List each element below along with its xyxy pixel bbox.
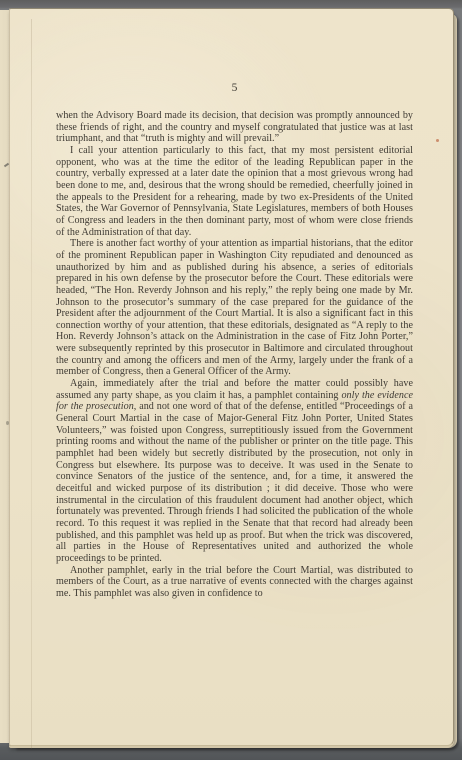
paragraph-continuation: when the Advisory Board made its decisio…: [56, 110, 413, 145]
paragraph-text: , and not one word of that of the defens…: [56, 401, 413, 564]
paragraph: Again, immediately after the trial and b…: [56, 378, 413, 565]
page-crease: [31, 19, 32, 749]
page-text: when the Advisory Board made its decisio…: [56, 110, 413, 600]
book-page: 5 when the Advisory Board made its decis…: [9, 8, 454, 746]
page-number: 5: [56, 82, 413, 94]
paragraph: Another pamphlet, early in the trial bef…: [56, 565, 413, 600]
margin-mark: [6, 421, 9, 425]
paragraph: I call your attention particularly to th…: [56, 145, 413, 238]
paper-speck: [436, 139, 439, 142]
paragraph: There is another fact worthy of your att…: [56, 238, 413, 378]
